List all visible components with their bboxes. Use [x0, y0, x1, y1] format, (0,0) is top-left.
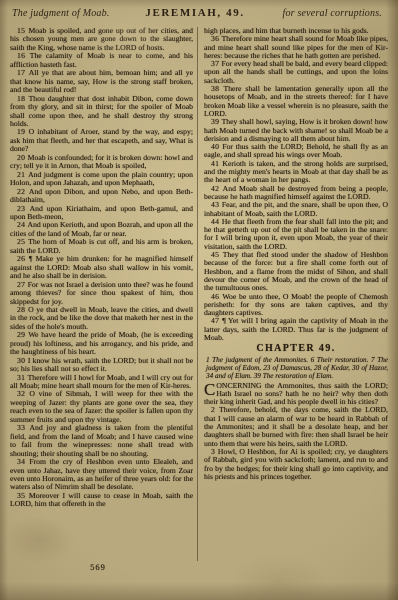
verse-paragraph: 27 For was not Israel a derision unto th…: [10, 281, 193, 306]
page-title: JEREMIAH, 49.: [145, 7, 244, 19]
verse-paragraph: 18 Thou daughter that dost inhabit Dibon…: [10, 95, 193, 129]
verse-number: 33: [17, 423, 29, 432]
chapter-heading: CHAPTER 49.: [204, 345, 388, 353]
verse-paragraph: 41 Kerioth is taken, and the strong hold…: [204, 160, 388, 185]
page-number: 569: [72, 562, 124, 572]
verse-paragraph: 2 Therefore, behold, the days come, sait…: [204, 406, 388, 447]
verse-paragraph: 29 We have heard the pride of Moab, (he …: [10, 331, 193, 356]
text-column-left: 15 Moab is spoiled, and gone up out of h…: [10, 27, 193, 555]
verse-paragraph: CONCERNING the Ammonites, thus saith the…: [204, 382, 388, 407]
verse-number: 41: [211, 159, 222, 168]
verse-number: 35: [17, 491, 29, 500]
verse-paragraph: 36 Therefore mine heart shall sound for …: [204, 35, 388, 60]
verse-number: 39: [211, 117, 222, 126]
verse-paragraph: 3 Howl, O Heshbon, for Ai is spoiled; cr…: [204, 448, 388, 481]
verse-paragraph: 15 Moab is spoiled, and gone up out of h…: [10, 27, 193, 52]
verse-number: 40: [211, 142, 222, 151]
chapter-summary: 1 The judgment of the Ammonites. 6 Their…: [206, 356, 388, 380]
verse-number: 34: [17, 457, 29, 466]
verse-number: 27: [17, 280, 28, 289]
verse-number: 36: [211, 34, 222, 43]
verse-number: 45: [211, 250, 223, 259]
verse-number: 44: [211, 217, 222, 226]
verse-number: 30: [17, 356, 28, 365]
verse-number: 18: [17, 94, 29, 103]
verse-paragraph: 22 And upon Dibon, and upon Nebo, and up…: [10, 188, 193, 205]
verse-number: 43: [211, 200, 222, 209]
verse-paragraph: 21 And judgment is come upon the plain c…: [10, 171, 193, 188]
verse-paragraph: 34 From the cry of Heshbon even unto Ele…: [10, 458, 193, 492]
verse-number: 15: [17, 27, 28, 35]
verse-number: 37: [211, 59, 222, 68]
verse-number: 42: [211, 184, 223, 193]
verse-number: 24: [17, 220, 28, 229]
verse-paragraph: 42 And Moab shall be destroyed from bein…: [204, 185, 388, 202]
verse-paragraph: 20 Moab is confounded; for it is broken …: [10, 154, 193, 171]
verse-paragraph: 28 O ye that dwell in Moab, leave the ci…: [10, 306, 193, 331]
verse-number: 29: [17, 330, 28, 339]
verse-paragraph: 38 There shall be lamentation generally …: [204, 85, 388, 118]
verse-paragraph: 40 For thus saith the LORD; Behold, he s…: [204, 143, 388, 160]
verse-paragraph: 45 They that fled stood under the shadow…: [204, 251, 388, 292]
verse-number: 22: [17, 187, 29, 196]
verse-number: 3: [211, 447, 218, 456]
verse-paragraph: 26 ¶ Make ye him drunken: for he magnifi…: [10, 255, 193, 280]
verse-paragraph: 33 And joy and gladness is taken from th…: [10, 424, 193, 458]
verse-number: 17: [17, 68, 29, 77]
verse-paragraph: 31 Therefore will I howl for Moab, and I…: [10, 374, 193, 391]
running-head-right: for several corruptions.: [282, 8, 382, 19]
verse-paragraph: 43 Fear, and the pit, and the snare, sha…: [204, 201, 388, 218]
text-column-right: high places, and him that burneth incens…: [204, 27, 388, 589]
verse-paragraph: 30 I know his wrath, saith the LORD; but…: [10, 357, 193, 374]
running-head: The judgment of Moab. JEREMIAH, 49. for …: [12, 7, 384, 21]
verse-number: 20: [17, 153, 28, 162]
verse-number: 19: [17, 127, 29, 136]
verse-paragraph: 37 For every head shall be bald, and eve…: [204, 60, 388, 85]
drop-cap: C: [204, 382, 216, 397]
verse-paragraph: 19 O inhabitant of Aroer, stand by the w…: [10, 128, 193, 153]
verse-paragraph: 16 The calamity of Moab is near to come,…: [10, 52, 193, 69]
verse-paragraph: 35 Moreover I will cause to cease in Moa…: [10, 492, 193, 509]
verse-number: 47: [211, 316, 222, 325]
column-divider-rule: [197, 27, 198, 561]
verse-number: 31: [17, 373, 28, 382]
verse-paragraph: 23 And upon Kiriathaim, and upon Beth-ga…: [10, 205, 193, 222]
verse-number: 32: [17, 389, 29, 398]
running-head-left: The judgment of Moab.: [12, 8, 110, 19]
verse-paragraph: 47 ¶ Yet will I bring again the captivit…: [204, 317, 388, 342]
verse-number: 23: [17, 204, 30, 213]
verse-paragraph: 39 They shall howl, saying, How is it br…: [204, 118, 388, 143]
verse-number: 21: [17, 170, 28, 179]
verse-paragraph: 24 And upon Kerioth, and upon Bozrah, an…: [10, 221, 193, 238]
verse-number: 25: [17, 237, 28, 246]
verse-paragraph: 32 O vine of Sibmah, I will weep for the…: [10, 390, 193, 424]
verse-paragraph: 44 He that fleeth from the fear shall fa…: [204, 218, 388, 251]
verse-paragraph: 25 The horn of Moab is cut off, and his …: [10, 238, 193, 255]
verse-number: 16: [17, 51, 30, 60]
scanned-bible-page: { "colors": { "paper": "#b3a377", "paper…: [0, 0, 398, 600]
verse-number: 38: [211, 84, 224, 93]
verse-paragraph: 17 All ye that are about him, bemoan him…: [10, 69, 193, 94]
verse-number: 26: [17, 254, 29, 263]
verse-number: 2: [211, 405, 219, 414]
verse-number: 46: [211, 292, 222, 301]
verse-paragraph: 46 Woe be unto thee, O Moab! the people …: [204, 293, 388, 318]
verse-number: 28: [17, 305, 28, 314]
